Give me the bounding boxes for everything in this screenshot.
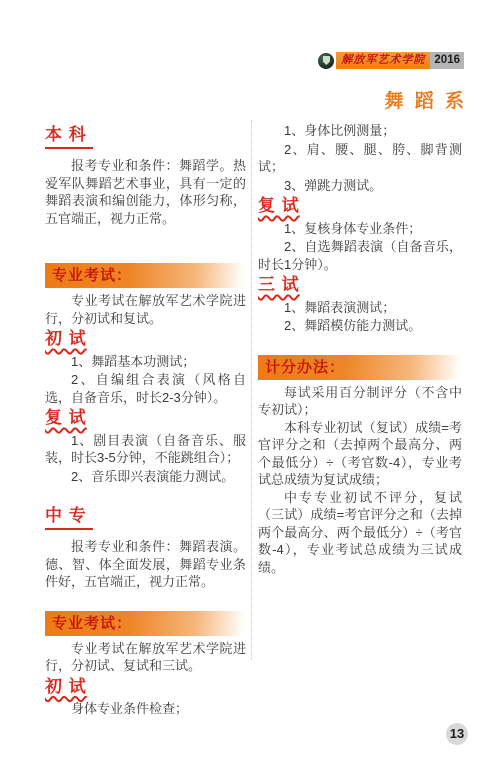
subheading-fushi-right: 复 试 (258, 196, 300, 215)
right-column: 1、身体比例测量； 2、肩、腰、腿、胯、脚背测试； 3、弹跳力测试。 复 试 1… (258, 120, 462, 576)
subheading-chushi-1-wrap: 初 试 (45, 329, 246, 349)
subheading-fushi-right-wrap: 复 试 (258, 196, 462, 216)
list-item: 1、复核身体专业条件； (258, 220, 462, 238)
exam-intro-2: 专业考试在解放军艺术学院进行，分初试、复试和三试。 (45, 640, 246, 675)
year-badge: 2016 (430, 52, 464, 69)
heading-benke: 本 科 (45, 125, 93, 149)
exam-bar-1: 专业考试： (45, 263, 246, 288)
fushi-left-list: 1、剧目表演（自备音乐、服装，时长3-5分钟，不能跳组合）； 2、音乐即兴表演能… (45, 432, 246, 486)
school-emblem-icon (318, 53, 334, 69)
exam-intro-1: 专业考试在解放军艺术学院进行，分初试和复试。 (45, 292, 246, 327)
document-page: 解放军艺术学院 2016 舞 蹈 系 本 科 报考专业和条件：舞蹈学。热爱军队舞… (0, 0, 500, 775)
list-item: 2、舞蹈模仿能力测试。 (258, 317, 462, 335)
list-item: 1、舞蹈表演测试； (258, 299, 462, 317)
chushi-right-list: 1、身体比例测量； 2、肩、腰、腿、胯、脚背测试； 3、弹跳力测试。 (258, 122, 462, 194)
subheading-chushi-1: 初 试 (45, 329, 87, 348)
heading-zhongzhuan: 中 专 (45, 506, 93, 530)
scoring-bar: 计分办法： (258, 355, 462, 380)
list-item: 3、弹跳力测试。 (258, 177, 462, 195)
subheading-chushi-2: 初 试 (45, 677, 87, 696)
scoring-para-2: 本科专业初试（复试）成绩=考官评分之和（去掉两个最高分、两个最低分）÷（考官数-… (258, 419, 462, 489)
page-number-badge: 13 (446, 723, 468, 745)
list-item: 2、自选舞蹈表演（自备音乐，时长1分钟）。 (258, 238, 462, 273)
left-column: 本 科 报考专业和条件：舞蹈学。热爱军队舞蹈艺术事业，具有一定的舞蹈表演和编创能… (45, 120, 246, 718)
school-name: 解放军艺术学院 (336, 52, 430, 69)
list-item: 1、剧目表演（自备音乐、服装，时长3-5分钟，不能跳组合）； (45, 432, 246, 467)
list-item: 1、舞蹈基本功测试； (45, 353, 246, 371)
chushi-2-check: 身体专业条件检查； (45, 700, 246, 718)
page-title: 舞 蹈 系 (384, 86, 467, 113)
subheading-fushi-left-wrap: 复 试 (45, 408, 246, 428)
scoring-para-1: 每试采用百分制评分（不含中专初试）； (258, 384, 462, 419)
column-divider (251, 120, 252, 660)
list-item: 1、身体比例测量； (258, 122, 462, 140)
list-item: 2、自编组合表演（风格自选，自备音乐，时长2-3分钟）。 (45, 371, 246, 406)
fushi-right-list: 1、复核身体专业条件； 2、自选舞蹈表演（自备音乐，时长1分钟）。 (258, 220, 462, 274)
header-badge: 解放军艺术学院 2016 (318, 52, 464, 69)
list-item: 2、肩、腰、腿、胯、脚背测试； (258, 141, 462, 176)
heading-benke-wrap: 本 科 (45, 122, 246, 153)
zhongzhuan-intro: 报考专业和条件：舞蹈表演。德、智、体全面发展，舞蹈专业条件好，五官端正，视力正常… (45, 538, 246, 591)
shield-icon (323, 56, 330, 65)
chushi-1-list: 1、舞蹈基本功测试； 2、自编组合表演（风格自选，自备音乐，时长2-3分钟）。 (45, 353, 246, 407)
heading-zhongzhuan-wrap: 中 专 (45, 503, 246, 534)
scoring-para-3: 中专专业初试不评分，复试（三试）成绩=考官评分之和（去掉两个最高分、两个最低分）… (258, 489, 462, 577)
exam-bar-2: 专业考试： (45, 611, 246, 636)
subheading-chushi-2-wrap: 初 试 (45, 677, 246, 697)
subheading-sanshi-wrap: 三 试 (258, 275, 462, 295)
sanshi-list: 1、舞蹈表演测试； 2、舞蹈模仿能力测试。 (258, 299, 462, 335)
subheading-sanshi: 三 试 (258, 275, 300, 294)
benke-intro: 报考专业和条件：舞蹈学。热爱军队舞蹈艺术事业，具有一定的舞蹈表演和编创能力，体形… (45, 157, 246, 227)
subheading-fushi-left: 复 试 (45, 408, 87, 427)
list-item: 2、音乐即兴表演能力测试。 (45, 468, 246, 486)
